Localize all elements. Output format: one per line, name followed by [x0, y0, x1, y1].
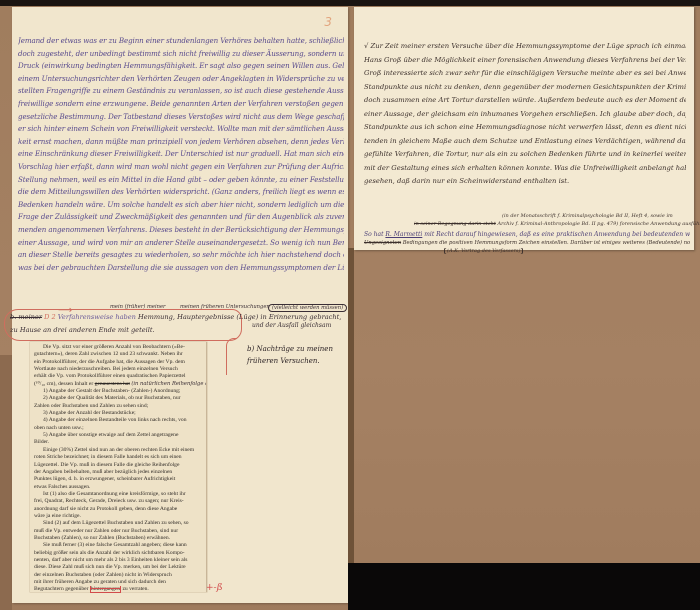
footnote-fragment: mit Recht darauf hingewiesen, daß es ein… — [424, 231, 690, 238]
footnote-line: (in der Monatsschrift f. Kriminalpsychol… — [502, 213, 700, 219]
handwritten-line: freiwillige sondern eine erzwungene. Bei… — [18, 98, 344, 111]
handwritten-line: Vorschlag hier erfaßt, dann wird man woh… — [18, 161, 344, 174]
printed-line: muß die Vp. entweder nur Zahlen oder nur… — [34, 528, 206, 535]
insert-line-2: zu Hause an drei anderen Ende mit geteil… — [10, 326, 155, 334]
printed-fragment: (¹⁰/₁₀ cm), dessen Inhalt er — [34, 381, 93, 387]
insert-violet-text: Verfahrensweise haben — [58, 313, 136, 321]
page-shadow — [348, 248, 354, 566]
insert-text: Hemmung, Hauptergebnisse (Lüge) in Erinn… — [138, 313, 341, 321]
handwritten-line: doch zusammen eine Art Tortur darstellen… — [364, 94, 686, 108]
handwritten-insertion: (in natürlichen Reihenfolge angeben hat:… — [131, 381, 206, 387]
handwritten-line: Bedenken handeln wäre. Um solche handelt… — [18, 199, 344, 212]
handwritten-line: was bei der gebrauchten Darstellung die … — [18, 262, 344, 275]
printed-line: Lügezettel. Die Vp. muß in diesem Falle … — [34, 462, 206, 469]
printed-line: Zahlen oder Buchstaben und Zahlen zu seh… — [34, 403, 206, 410]
printed-line: Sind (2) auf dem Lügezettel Buchstaben u… — [34, 520, 206, 527]
printed-fragment: Begutachtern gegenüber — [34, 586, 89, 592]
struck-text: b. meiner — [10, 313, 42, 321]
printed-line: 3) Angabe der Anzahl der Bestandstücke; — [34, 410, 206, 417]
printed-line: 5) Angabe über sonstige etwaige auf dem … — [34, 432, 206, 439]
printed-line: beliebig größer sein als die Anzahl der … — [34, 550, 206, 557]
handwritten-line: doch zugesteht, der unbedingt bestimmt s… — [18, 48, 344, 61]
insert-tail: und der Ausfall gleichsam — [252, 322, 331, 329]
margin-note-text: Nachträge zu meinen früheren Versuchen. — [247, 345, 333, 365]
printed-line: mit ihrer früheren Angabe zu geraten und… — [34, 579, 206, 586]
struck-text: in seiner Begegnung darin steht — [414, 221, 496, 227]
handwritten-line: Frage der Zulässigkeit und Zweckmäßigkei… — [18, 211, 344, 224]
handwritten-line: die dem Mitteilungswillen des Verhörten … — [18, 186, 344, 199]
red-proof-mark: +-ß — [206, 583, 223, 593]
printed-line: (¹⁰/₁₀ cm), dessen Inhalt er genauestens… — [34, 381, 206, 388]
printed-line: Begutachtern gegenüber hintergangen zu v… — [34, 586, 206, 593]
printed-line: Die Vp. sitzt vor einer größeren Anzahl … — [34, 344, 206, 351]
printed-line: ein Protokollführer, der die Aufgabe hat… — [34, 359, 206, 366]
struck-text: genauestens hat — [95, 381, 130, 387]
printed-line: frei, Quadrat, Rechteck, Gerade, Dreieck… — [34, 498, 206, 505]
printed-line: erhält die Vp. vom Protokollführer einen… — [34, 373, 206, 380]
printed-line: der Angaben beibehalten, muß aber bezügl… — [34, 469, 206, 476]
printed-fragment: zu verraten. — [122, 586, 148, 592]
footnote-line: So hat R. Marmetti mit Recht darauf hing… — [364, 231, 690, 238]
handwritten-line: Jemand der etwas was er zu Beginn einer … — [18, 35, 344, 48]
handwritten-line: Hans Groß über die Möglichkeit einer for… — [364, 54, 686, 68]
printed-line: wäre ja eine richtige. — [34, 513, 206, 520]
printed-line: oben nach unten usw.; — [34, 425, 206, 432]
insert-note: meinen früheren Untersuchungen — [180, 304, 270, 310]
handwritten-line: eine Einschränkung dieser Freiwilligkeit… — [18, 148, 344, 161]
handwritten-line: an dieser Stelle bereits gesagtes zu wie… — [18, 249, 344, 262]
margin-note: b) Nachträge zu meinen früheren Versuche… — [247, 343, 337, 367]
printed-line: Wortlaute nach niederzuschreiben. Bei je… — [34, 366, 206, 373]
printed-line: roten Striche bezeichnet; in diesem Fall… — [34, 454, 206, 461]
scan-top-edge — [0, 0, 700, 6]
printed-line: Bilder. — [34, 439, 206, 446]
insert-note: mein (früher) meiner — [110, 304, 166, 310]
handwritten-line: Standpunkte aus nicht zu denken, denn ge… — [364, 81, 686, 95]
handwritten-line: stellten Fragengriffe zu einem Geständni… — [18, 85, 344, 98]
footnote-line: in seiner Begegnung darin steht Archiv f… — [414, 221, 700, 227]
footnote-line: (A.K. Vortrag des Verfassers) — [444, 248, 700, 254]
handwritten-line: einer Aussage, und wird von mir an ander… — [18, 237, 344, 250]
handwritten-body-left: Jemand der etwas was er zu Beginn einer … — [18, 35, 344, 274]
handwritten-line: gesehen, daß darin nur ein Scheinwiderst… — [364, 175, 686, 189]
handwritten-line: er sich hinter einem Schein von Freiwill… — [18, 123, 344, 136]
printed-line: 4) Angabe der einzelnen Bestandteile von… — [34, 417, 206, 424]
handwritten-line: menden angenommenen Verfahrens. Dieses b… — [18, 224, 344, 237]
handwritten-line: Groß interessierte sich zwar sehr für di… — [364, 67, 686, 81]
printed-line: etwas Falsches aussagen. — [34, 484, 206, 491]
footnote-fragment: So hat — [364, 231, 383, 238]
printed-line: 2) Angabe der Qualität des Materials, ob… — [34, 395, 206, 402]
left-binding-strip — [0, 355, 12, 610]
handwritten-line: Stellung nehmen, weil es ein Mittel in d… — [18, 174, 344, 187]
insert-note-boxed: (vielleicht werden müssen) — [268, 304, 347, 312]
handwritten-line: einem Untersuchungsrichter den Verhörten… — [18, 73, 344, 86]
handwritten-line: gefühlte Verfahren, die Tortur, nur als … — [364, 148, 686, 162]
margin-note-label: b) — [247, 345, 254, 353]
printed-line: 1) Angabe der Gestalt der Buchstaben- (Z… — [34, 388, 206, 395]
handwritten-line: gesetzliche Bestimmung. Der Tatbestand d… — [18, 111, 344, 124]
printed-line: Punktes lügen, d. h. in erzwungener, sch… — [34, 476, 206, 483]
printed-line: diese. Diese Zahl muß sich nun die Vp. m… — [34, 564, 206, 571]
printed-line: Ist (1) also die Gesamtanordnung eine kr… — [34, 491, 206, 498]
scan-bottom-edge — [348, 563, 700, 610]
footnote-fragment: Archiv f. Kriminal-Anthropologie Bd. II … — [497, 221, 700, 227]
handwritten-line: tenden in gleichem Maße auch dem Schutze… — [364, 135, 686, 149]
handwritten-line: mit der Gestaltung eines sich erhalten k… — [364, 162, 686, 176]
printed-line: der einzelnen Buchstaben (oder Zahlen) n… — [34, 572, 206, 579]
printed-line: Sie muß ferner (3) eine falsche Gesamtza… — [34, 542, 206, 549]
printed-line: Einige (30%) Zettel sind nun an der ober… — [34, 447, 206, 454]
footnote-fragment: Bedingungen die positiven Hemmungsform Z… — [403, 240, 690, 246]
footnote-line: Ungeeigneten Bedingungen die positiven H… — [364, 240, 690, 246]
printed-line: anordnung darf sie nicht zu Protokoll ge… — [34, 506, 206, 513]
insert-mark: D 2 — [44, 313, 56, 321]
handwritten-line: Standpunkte aus ich schon eine Hemmungsd… — [364, 121, 686, 135]
handwritten-line: einer Aussage, der gleichsam ein inhuman… — [364, 108, 686, 122]
red-bracket-mark — [226, 338, 237, 375]
printed-excerpt-text: Die Vp. sitzt vor einer größeren Anzahl … — [34, 344, 206, 594]
insert-line-1: b. meiner D 2 Verfahrensweise haben Hemm… — [10, 313, 341, 321]
handwritten-line: Druck (einwirkung bedingten Hemmungsfähi… — [18, 60, 344, 73]
handwritten-line: √ Zur Zeit meiner ersten Versuche über d… — [364, 40, 686, 54]
handwritten-body-right: √ Zur Zeit meiner ersten Versuche über d… — [364, 40, 686, 189]
printed-line: nenten, darf aber nicht um mehr als 2 bi… — [34, 557, 206, 564]
handwritten-line: keit ernst machen, dann müßte man prinzi… — [18, 136, 344, 149]
printed-line: Buchstaben (Zahlen), so nur Zahlen (Buch… — [34, 535, 206, 542]
struck-text: Ungeeigneten — [364, 240, 401, 246]
manuscript-page-right: √ Zur Zeit meiner ersten Versuche über d… — [354, 7, 694, 250]
page-number: 3 — [324, 15, 332, 29]
red-struck-text: hintergangen — [90, 586, 121, 593]
printed-excerpt-slip: Die Vp. sitzt vor einer größeren Anzahl … — [30, 342, 207, 592]
footnote-boxed: (A.K. Vortrag des Verfassers) — [444, 248, 523, 254]
printed-line: gutachtern«), deren Zahl zwischen 12 und… — [34, 351, 206, 358]
footnote-author: R. Marmetti — [385, 231, 422, 238]
